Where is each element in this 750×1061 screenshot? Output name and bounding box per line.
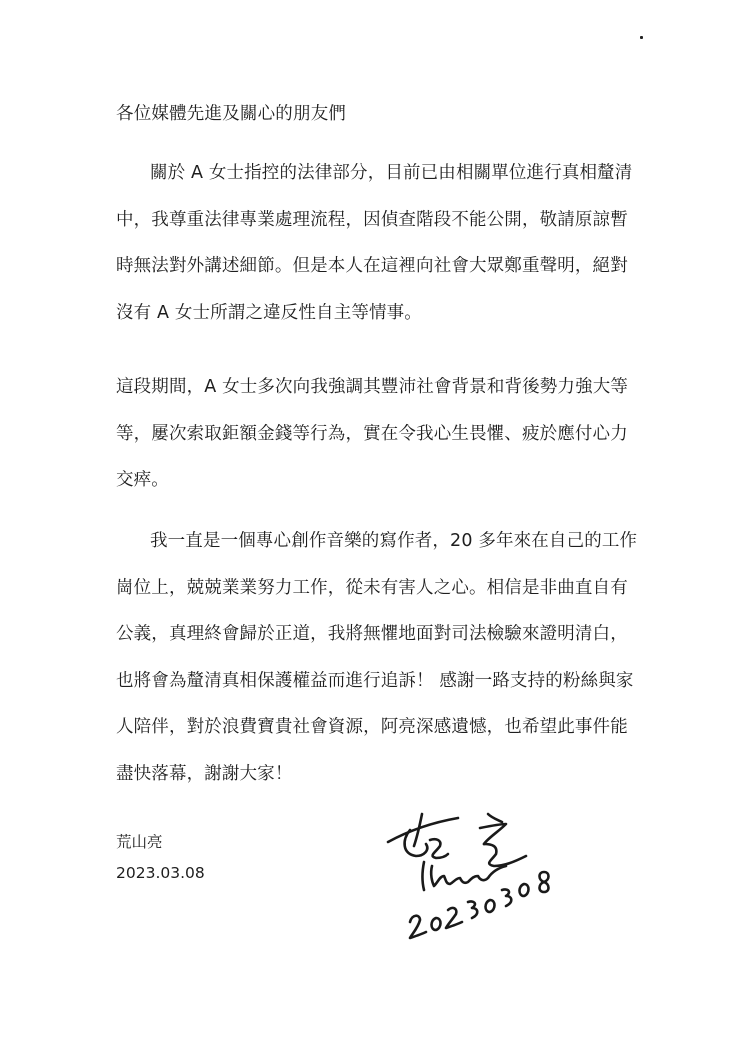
- paragraph-line: 時無法對外講述細節。但是本人在這裡向社會大眾鄭重聲明，絕對: [116, 253, 636, 300]
- paragraph-legal: 關於 A 女士指控的法律部分，目前已由相關單位進行真相釐清 中，我尊重法律專業處…: [116, 160, 636, 346]
- paragraph-statement: 我一直是一個專心創作音樂的寫作者，20 多年來在自己的工作 崗位上，兢兢業業努力…: [116, 528, 636, 807]
- paragraph-line: 沒有 A 女士所謂之違反性自主等情事。: [116, 300, 636, 347]
- salutation: 各位媒體先進及關心的朋友們: [116, 100, 346, 125]
- paragraph-line: 崗位上，兢兢業業努力工作，從未有害人之心。相信是非曲直自有: [116, 575, 636, 622]
- paragraph-period: 這段期間，A 女士多次向我強調其豐沛社會背景和背後勢力強大等 等，屢次索取鉅額金…: [116, 374, 636, 514]
- letter-page: 各位媒體先進及關心的朋友們 關於 A 女士指控的法律部分，目前已由相關單位進行真…: [0, 0, 750, 1061]
- paragraph-line: 我一直是一個專心創作音樂的寫作者，20 多年來在自己的工作: [116, 528, 636, 575]
- paragraph-line: 公義，真理終會歸於正道，我將無懼地面對司法檢驗來證明清白，: [116, 621, 636, 668]
- closing-date: 2023.03.08: [116, 864, 205, 882]
- scan-speck: [640, 36, 643, 39]
- paragraph-line: 中，我尊重法律專業處理流程，因偵查階段不能公開，敬請原諒暫: [116, 207, 636, 254]
- paragraph-line: 也將會為釐清真相保護權益而進行追訴！ 感謝一路支持的粉絲與家: [116, 668, 636, 715]
- handwritten-signature: [380, 810, 560, 950]
- paragraph-line: 交瘁。: [116, 467, 636, 514]
- closing-name: 荒山亮: [116, 830, 163, 852]
- paragraph-line: 這段期間，A 女士多次向我強調其豐沛社會背景和背後勢力強大等: [116, 374, 636, 421]
- paragraph-line: 等，屢次索取鉅額金錢等行為，實在令我心生畏懼、疲於應付心力: [116, 421, 636, 468]
- paragraph-line: 盡快落幕，謝謝大家！: [116, 761, 636, 808]
- paragraph-line: 關於 A 女士指控的法律部分，目前已由相關單位進行真相釐清: [116, 160, 636, 207]
- paragraph-line: 人陪伴，對於浪費寶貴社會資源，阿亮深感遺憾，也希望此事件能: [116, 714, 636, 761]
